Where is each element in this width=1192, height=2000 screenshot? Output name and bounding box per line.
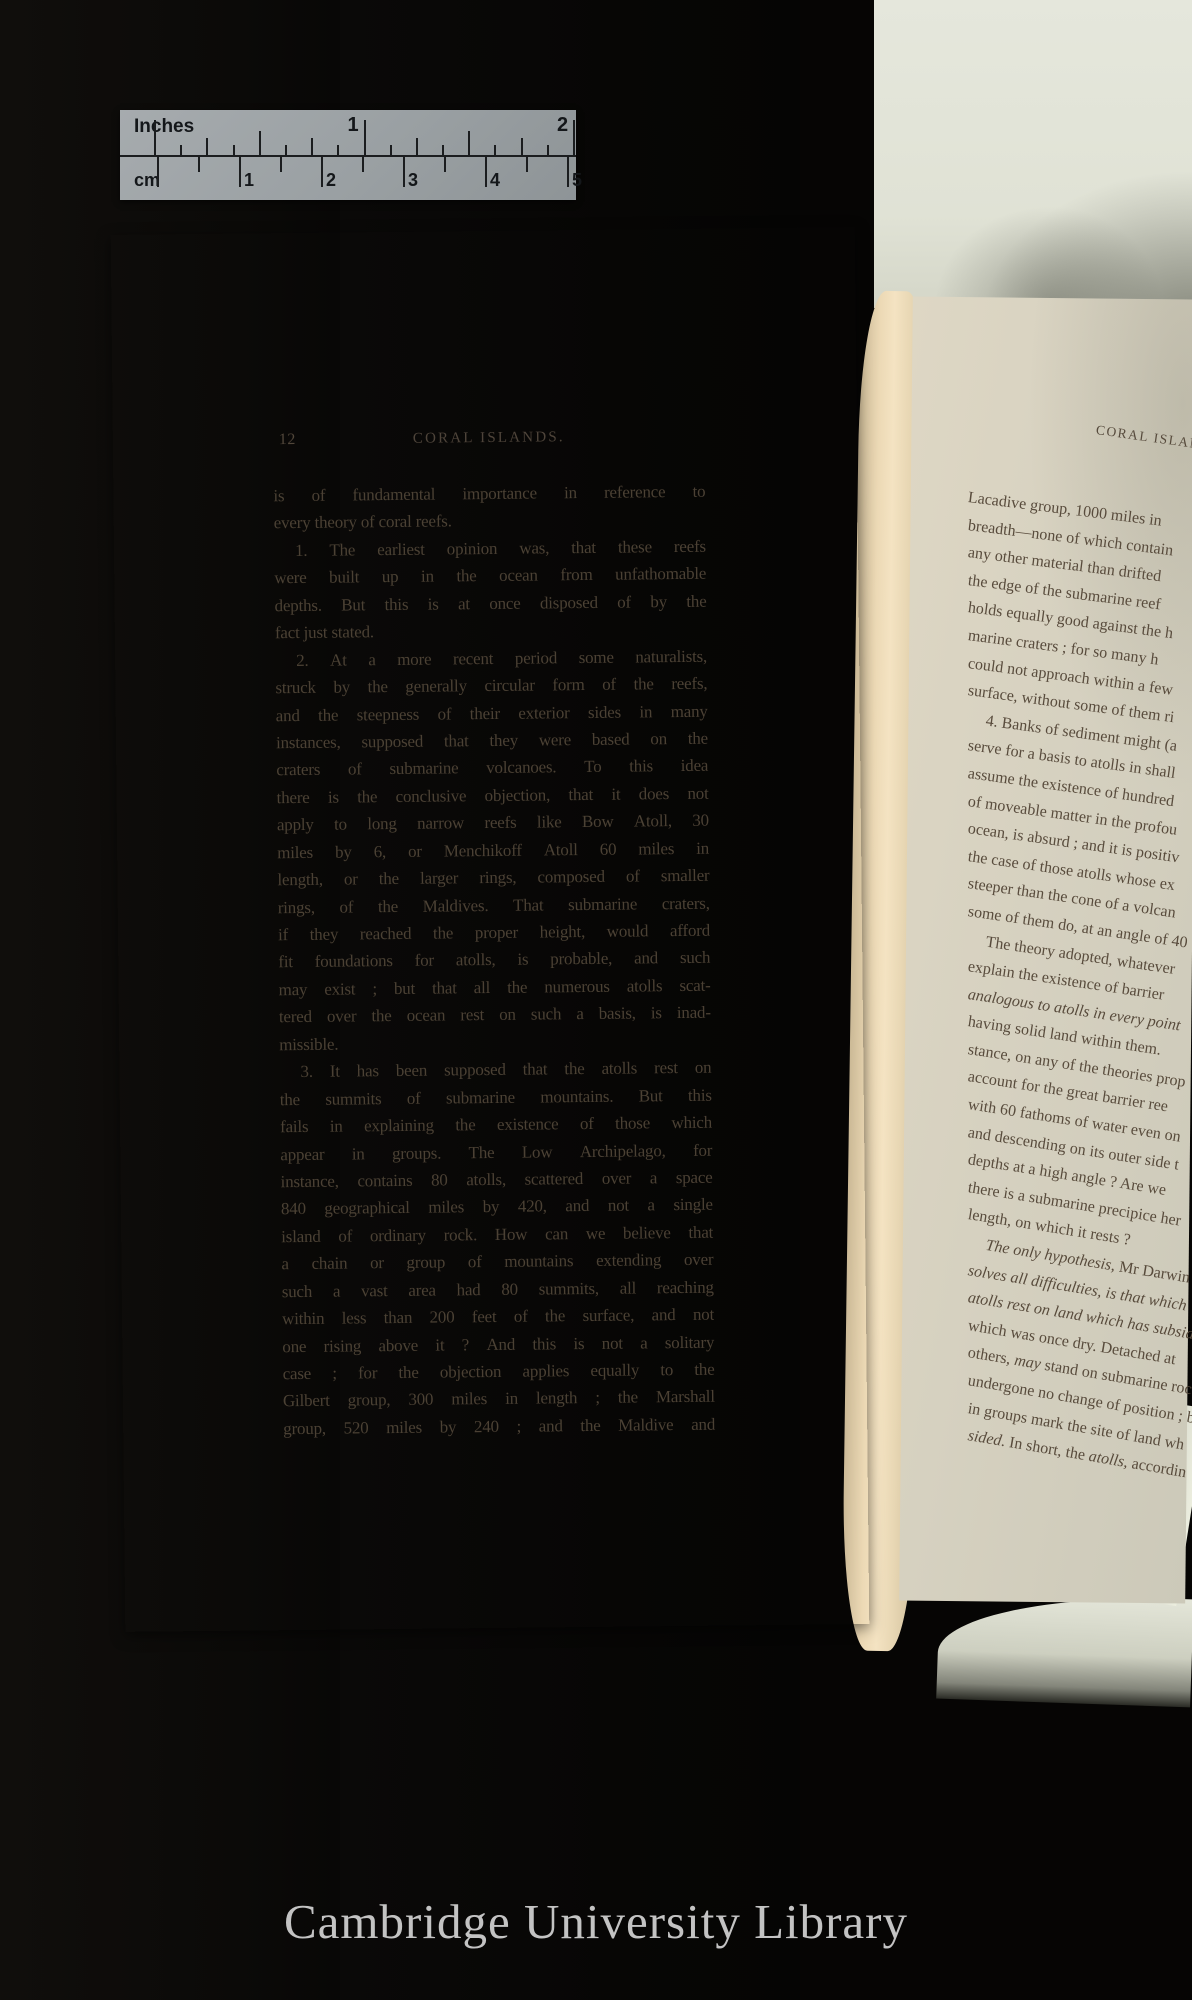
ruler-tick [362,157,364,172]
ruler-tick [444,157,446,172]
backing-card-top-right [874,0,1192,308]
ruler-tick [390,145,392,156]
ruler-tick [468,131,470,156]
ruler-tick [321,157,323,187]
ruler-cm-number: 1 [244,170,254,191]
ruler-inch-number: 1 [348,114,359,137]
ruler-tick [154,120,156,156]
ruler-tick [521,138,523,156]
ruler-cm-number: 5 [572,170,582,191]
running-header-left: CORAL ISLANDS. [273,428,705,450]
ruler-cm-number: 3 [408,170,418,191]
ruler-tick [311,138,313,156]
library-photograph: { "colors":{ "background":"#060504", "pa… [0,0,1192,2000]
ruler-tick [206,138,208,156]
ruler-divider-line [120,155,576,157]
ruler-tick [547,145,549,156]
ruler-tick [157,157,159,187]
ruler-tick [485,157,487,187]
ruler-tick [442,145,444,156]
ruler-cm-number: 2 [326,170,336,191]
ruler-tick [494,145,496,156]
ruler-tick [573,120,575,156]
book-text-line: achainorgroupofmountainsextendingover [281,1246,713,1278]
ruler-tick [180,145,182,156]
book-text-line: andthesteepnessoftheirexteriorsidesinman… [276,697,708,729]
ruler-tick [285,145,287,156]
ruler-tick [198,157,200,172]
ruler-inches-label: Inches [134,116,194,138]
ruler-tick [259,131,261,156]
library-watermark: Cambridge University Library [0,1893,1192,1950]
page-header-row: 12 CORAL ISLANDS. [273,427,705,454]
ruler-tick [280,157,282,172]
book-text-line: milesby6,orMenchikoffAtoll60milesin [277,834,709,866]
right-page-text: Lacadive group, 1000 miles inbreadth—non… [968,484,1192,1450]
book-text-line: werebuiltupintheoceanfromunfathomable [274,560,706,592]
left-page-text: isoffundamentalimportanceinreferencetoev… [273,478,715,1443]
ruler-tick [239,157,241,187]
ruler-tick [233,145,235,156]
ruler-tick [416,138,418,156]
ruler-tick [364,120,366,156]
ruler-inch-number: 2 [557,114,568,137]
measurement-ruler: Inches cm 1212345 [120,110,576,200]
book-text-line: appearingroups.TheLowArchipelago,for [280,1136,712,1168]
ruler-cm-number: 4 [490,170,500,191]
ruler-tick [337,145,339,156]
ruler-tick [403,157,405,187]
ruler-tick [526,157,528,172]
book-page-left: 12 CORAL ISLANDS. isoffundamentalimporta… [111,227,870,1632]
book-text-line: isoffundamentalimportanceinreferenceto [273,478,705,510]
running-header-right: CORAL ISLANDS. [1095,422,1192,456]
ruler-tick [567,157,569,187]
book-page-right-text-area: CORAL ISLANDS. Lacadive group, 1000 mile… [872,300,1192,1645]
book-text-line: group,520milesby240;andtheMaldiveand [283,1411,715,1443]
book-text-line: mayexist;butthatallthenumerousatollsscat… [278,972,710,1004]
